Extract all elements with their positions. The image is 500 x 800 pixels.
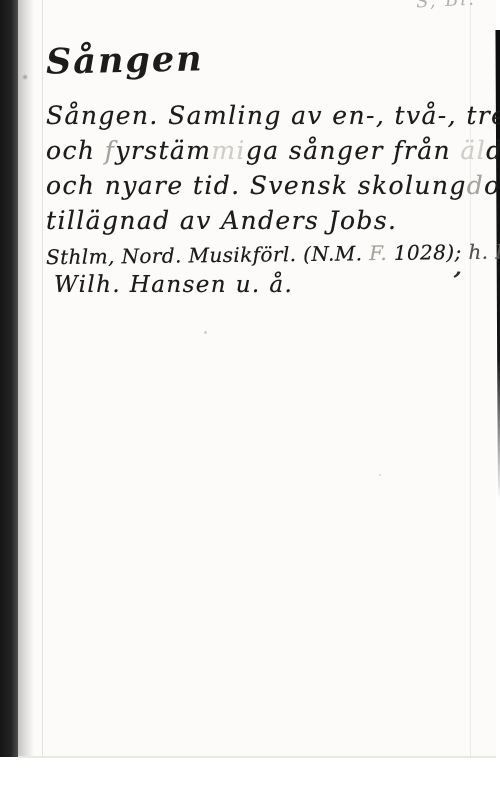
scanned-catalog-card-page: S, Bl. Sången Sången. Samling av en-, tv… bbox=[0, 0, 500, 800]
handwritten-line: och fyrstämmiga sånger från äldre bbox=[46, 136, 500, 165]
card-body-text: Sången. Samling av en-, två-, tre-och fy… bbox=[0, 0, 500, 800]
text-segment: äl bbox=[460, 136, 486, 165]
paper-speck bbox=[204, 331, 207, 334]
text-segment: yrstäm bbox=[115, 136, 211, 165]
text-segment: dre bbox=[486, 136, 500, 165]
text-segment: och bbox=[46, 136, 105, 165]
handwritten-line: tillägnad av Anders Jobs. bbox=[46, 206, 397, 235]
text-segment: Sthlm, Nord. Musikförl. (N.M. bbox=[46, 241, 369, 269]
text-segment: ga sånger från bbox=[246, 136, 461, 165]
text-segment: om bbox=[484, 171, 500, 200]
paper-speck bbox=[379, 474, 381, 476]
text-segment: h. Khvn, bbox=[468, 239, 500, 264]
handwritten-line: Wilh. Hansen u. å. bbox=[54, 272, 293, 298]
text-segment: d bbox=[467, 171, 484, 200]
handwritten-line: Sthlm, Nord. Musikförl. (N.M. F. 1028); … bbox=[46, 239, 500, 269]
text-segment: 1028); bbox=[387, 240, 469, 265]
text-segment: Wilh. Hansen u. å. bbox=[54, 272, 293, 298]
text-segment: F. bbox=[369, 241, 387, 265]
text-segment: tillägnad av Anders Jobs. bbox=[46, 206, 397, 235]
text-segment: mi bbox=[211, 136, 246, 165]
paper-speck bbox=[23, 75, 27, 79]
text-segment: f bbox=[105, 136, 116, 165]
text-segment: Sången. Samling av en-, två-, tre- bbox=[46, 101, 500, 130]
text-segment: och nyare tid. Svensk skolung bbox=[46, 171, 467, 200]
handwritten-line: och nyare tid. Svensk skolungdom bbox=[46, 171, 500, 200]
handwritten-line: Sången. Samling av en-, två-, tre- bbox=[46, 101, 500, 130]
